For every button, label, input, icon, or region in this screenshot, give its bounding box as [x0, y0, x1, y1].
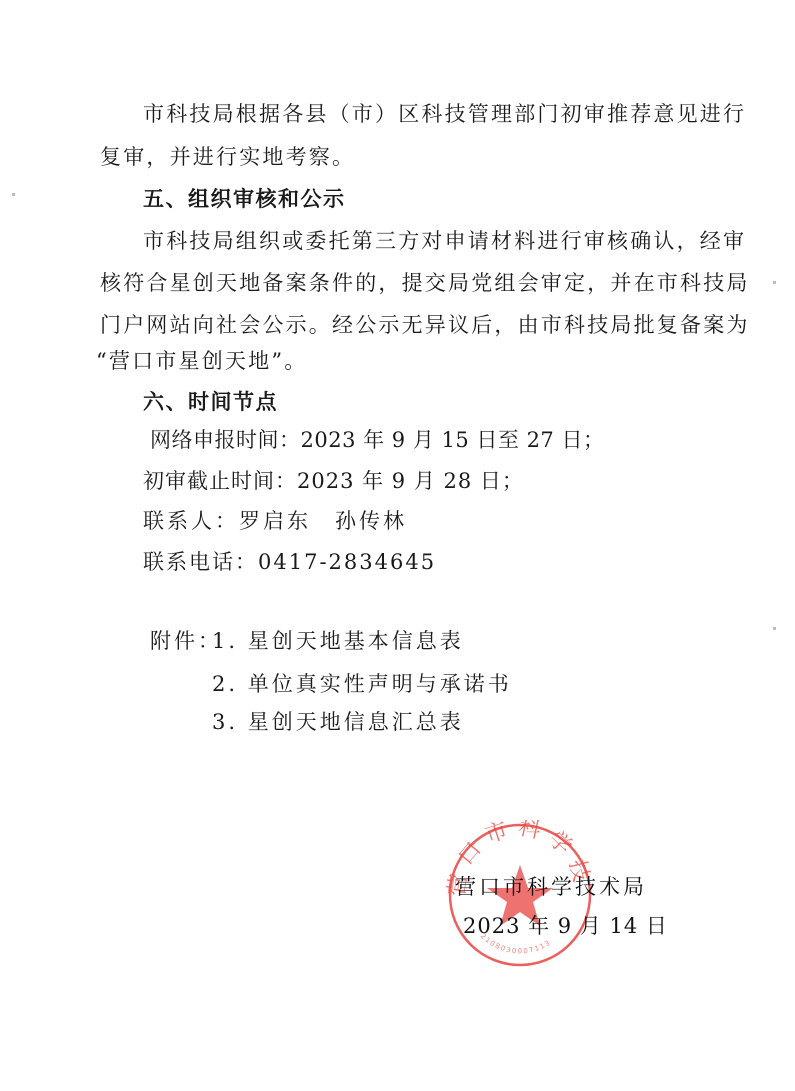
- paragraph-review-line-1: 市科技局根据各县（市）区科技管理部门初审推荐意见进行: [143, 100, 712, 128]
- attachment-item-3: 3. 星创天地信息汇总表: [212, 708, 464, 736]
- paragraph-audit-line-2: 核符合星创天地备案条件的，提交局党组会审定，并在市科技局: [100, 269, 712, 297]
- attachment-item-1: 1. 星创天地基本信息表: [212, 627, 464, 655]
- attachment-item-2: 2. 单位真实性声明与承诺书: [212, 670, 512, 698]
- scan-mark: [12, 193, 15, 196]
- paragraph-audit-line-4: “营口市星创天地”。: [96, 347, 307, 375]
- contact-persons: 联系人：罗启东 孙传林: [143, 507, 407, 535]
- scan-mark: [773, 627, 776, 630]
- contact-phone: 联系电话：0417-2834645: [143, 548, 436, 576]
- preliminary-review-deadline: 初审截止时间：2023 年 9 月 28 日；: [143, 467, 524, 495]
- scan-mark: [773, 281, 776, 284]
- signature-date: 2023 年 9 月 14 日: [463, 912, 668, 940]
- section-5-heading: 五、组织审核和公示: [143, 185, 346, 213]
- paragraph-audit-line-1: 市科技局组织或委托第三方对申请材料进行审核确认，经审: [143, 227, 712, 255]
- paragraph-audit-line-3: 门户网站向社会公示。经公示无异议后，由市科技局批复备案为: [100, 311, 712, 339]
- signature-organization: 营口市科学技术局: [455, 873, 647, 901]
- section-6-heading: 六、时间节点: [143, 388, 278, 416]
- online-application-time: 网络申报时间：2023 年 9 月 15 日至 27 日；: [150, 426, 604, 454]
- paragraph-review-line-2: 复审，并进行实地考察。: [100, 143, 355, 171]
